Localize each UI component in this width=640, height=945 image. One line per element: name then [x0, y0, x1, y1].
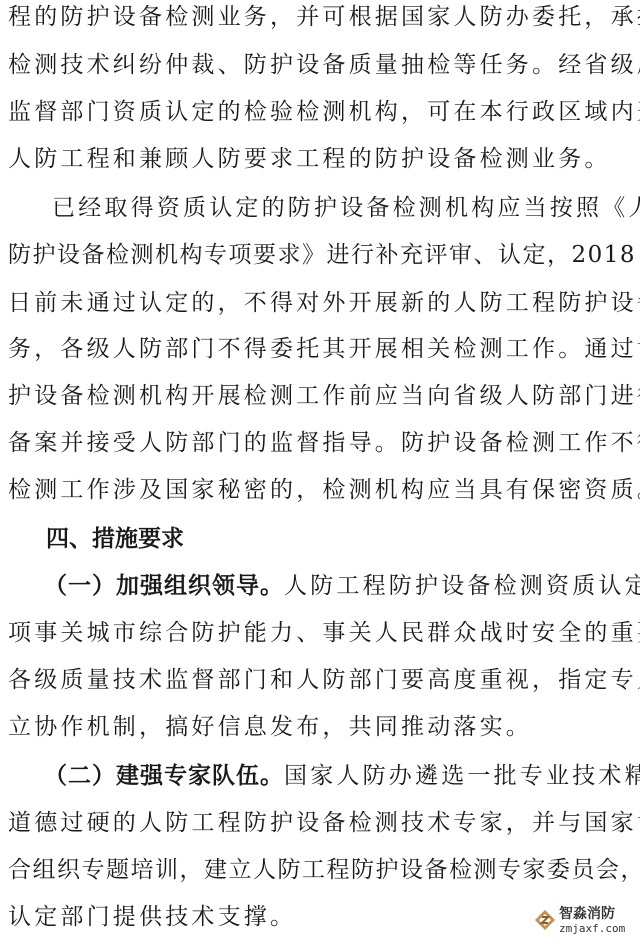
text-line: 日前未通过认定的，不得对外开展新的人防工程防护设备检测服: [8, 288, 632, 318]
item-title: （二）建强专家队伍。: [44, 763, 284, 789]
watermark-url: zmjaxf.com: [559, 923, 625, 934]
item-title: （一）加强组织领导。: [44, 573, 284, 599]
text-line: 各级质量技术监督部门和人防部门要高度重视，指定专人负责，建: [8, 665, 632, 695]
text-line: 检测技术纠纷仲裁、防护设备质量抽检等任务。经省级质量技术: [8, 50, 632, 80]
watermark: 智淼消防 zmjaxf.com: [534, 900, 640, 940]
text-line: 监督部门资质认定的检验检测机构，可在本行政区域内开展各类: [8, 97, 632, 127]
watermark-name: 智淼消防: [559, 907, 625, 921]
text-line: 立协作机制，搞好信息发布，共同推动落实。: [8, 712, 532, 742]
text-line: 道德过硬的人防工程防护设备检测技术专家，并与国家认监委联: [8, 808, 632, 838]
text-line: 项事关城市综合防护能力、事关人民群众战时安全的重要工作。: [8, 618, 632, 648]
text-line: 检测工作涉及国家秘密的，检测机构应当具有保密资质。: [8, 475, 640, 505]
text-line: 合组织专题培训，建立人防工程防护设备检测专家委员会，为资质: [8, 855, 632, 885]
section-heading: 四、措施要求: [46, 524, 184, 554]
text-line: 程的防护设备检测业务，并可根据国家人防办委托，承担防护设备: [8, 2, 632, 32]
text-line: 人防工程和兼顾人防要求工程的防护设备检测业务。: [8, 144, 611, 174]
text-line: 务，各级人防部门不得委托其开展相关检测工作。通过认定的防: [8, 334, 632, 364]
text-line: 护设备检测机构开展检测工作前应当向省级人防部门进行告知性: [8, 381, 632, 411]
text-line: 防护设备检测机构专项要求》进行补充评审、认定，2018 年 6 月 30: [8, 240, 632, 270]
logo-icon: [534, 909, 556, 931]
text-line: （一）加强组织领导。人防工程防护设备检测资质认定是一: [44, 571, 632, 601]
text-line: 认定部门提供技术支撑。: [8, 902, 296, 932]
text-line: 备案并接受人防部门的监督指导。防护设备检测工作不得分包，: [8, 428, 632, 458]
item-text: 国家人防办遴选一批专业技术精、职业: [284, 763, 640, 789]
text-line: （二）建强专家队伍。国家人防办遴选一批专业技术精、职业: [44, 761, 632, 791]
item-text: 人防工程防护设备检测资质认定是一: [284, 573, 640, 599]
text-line: 已经取得资质认定的防护设备检测机构应当按照《人防工程: [52, 193, 632, 223]
